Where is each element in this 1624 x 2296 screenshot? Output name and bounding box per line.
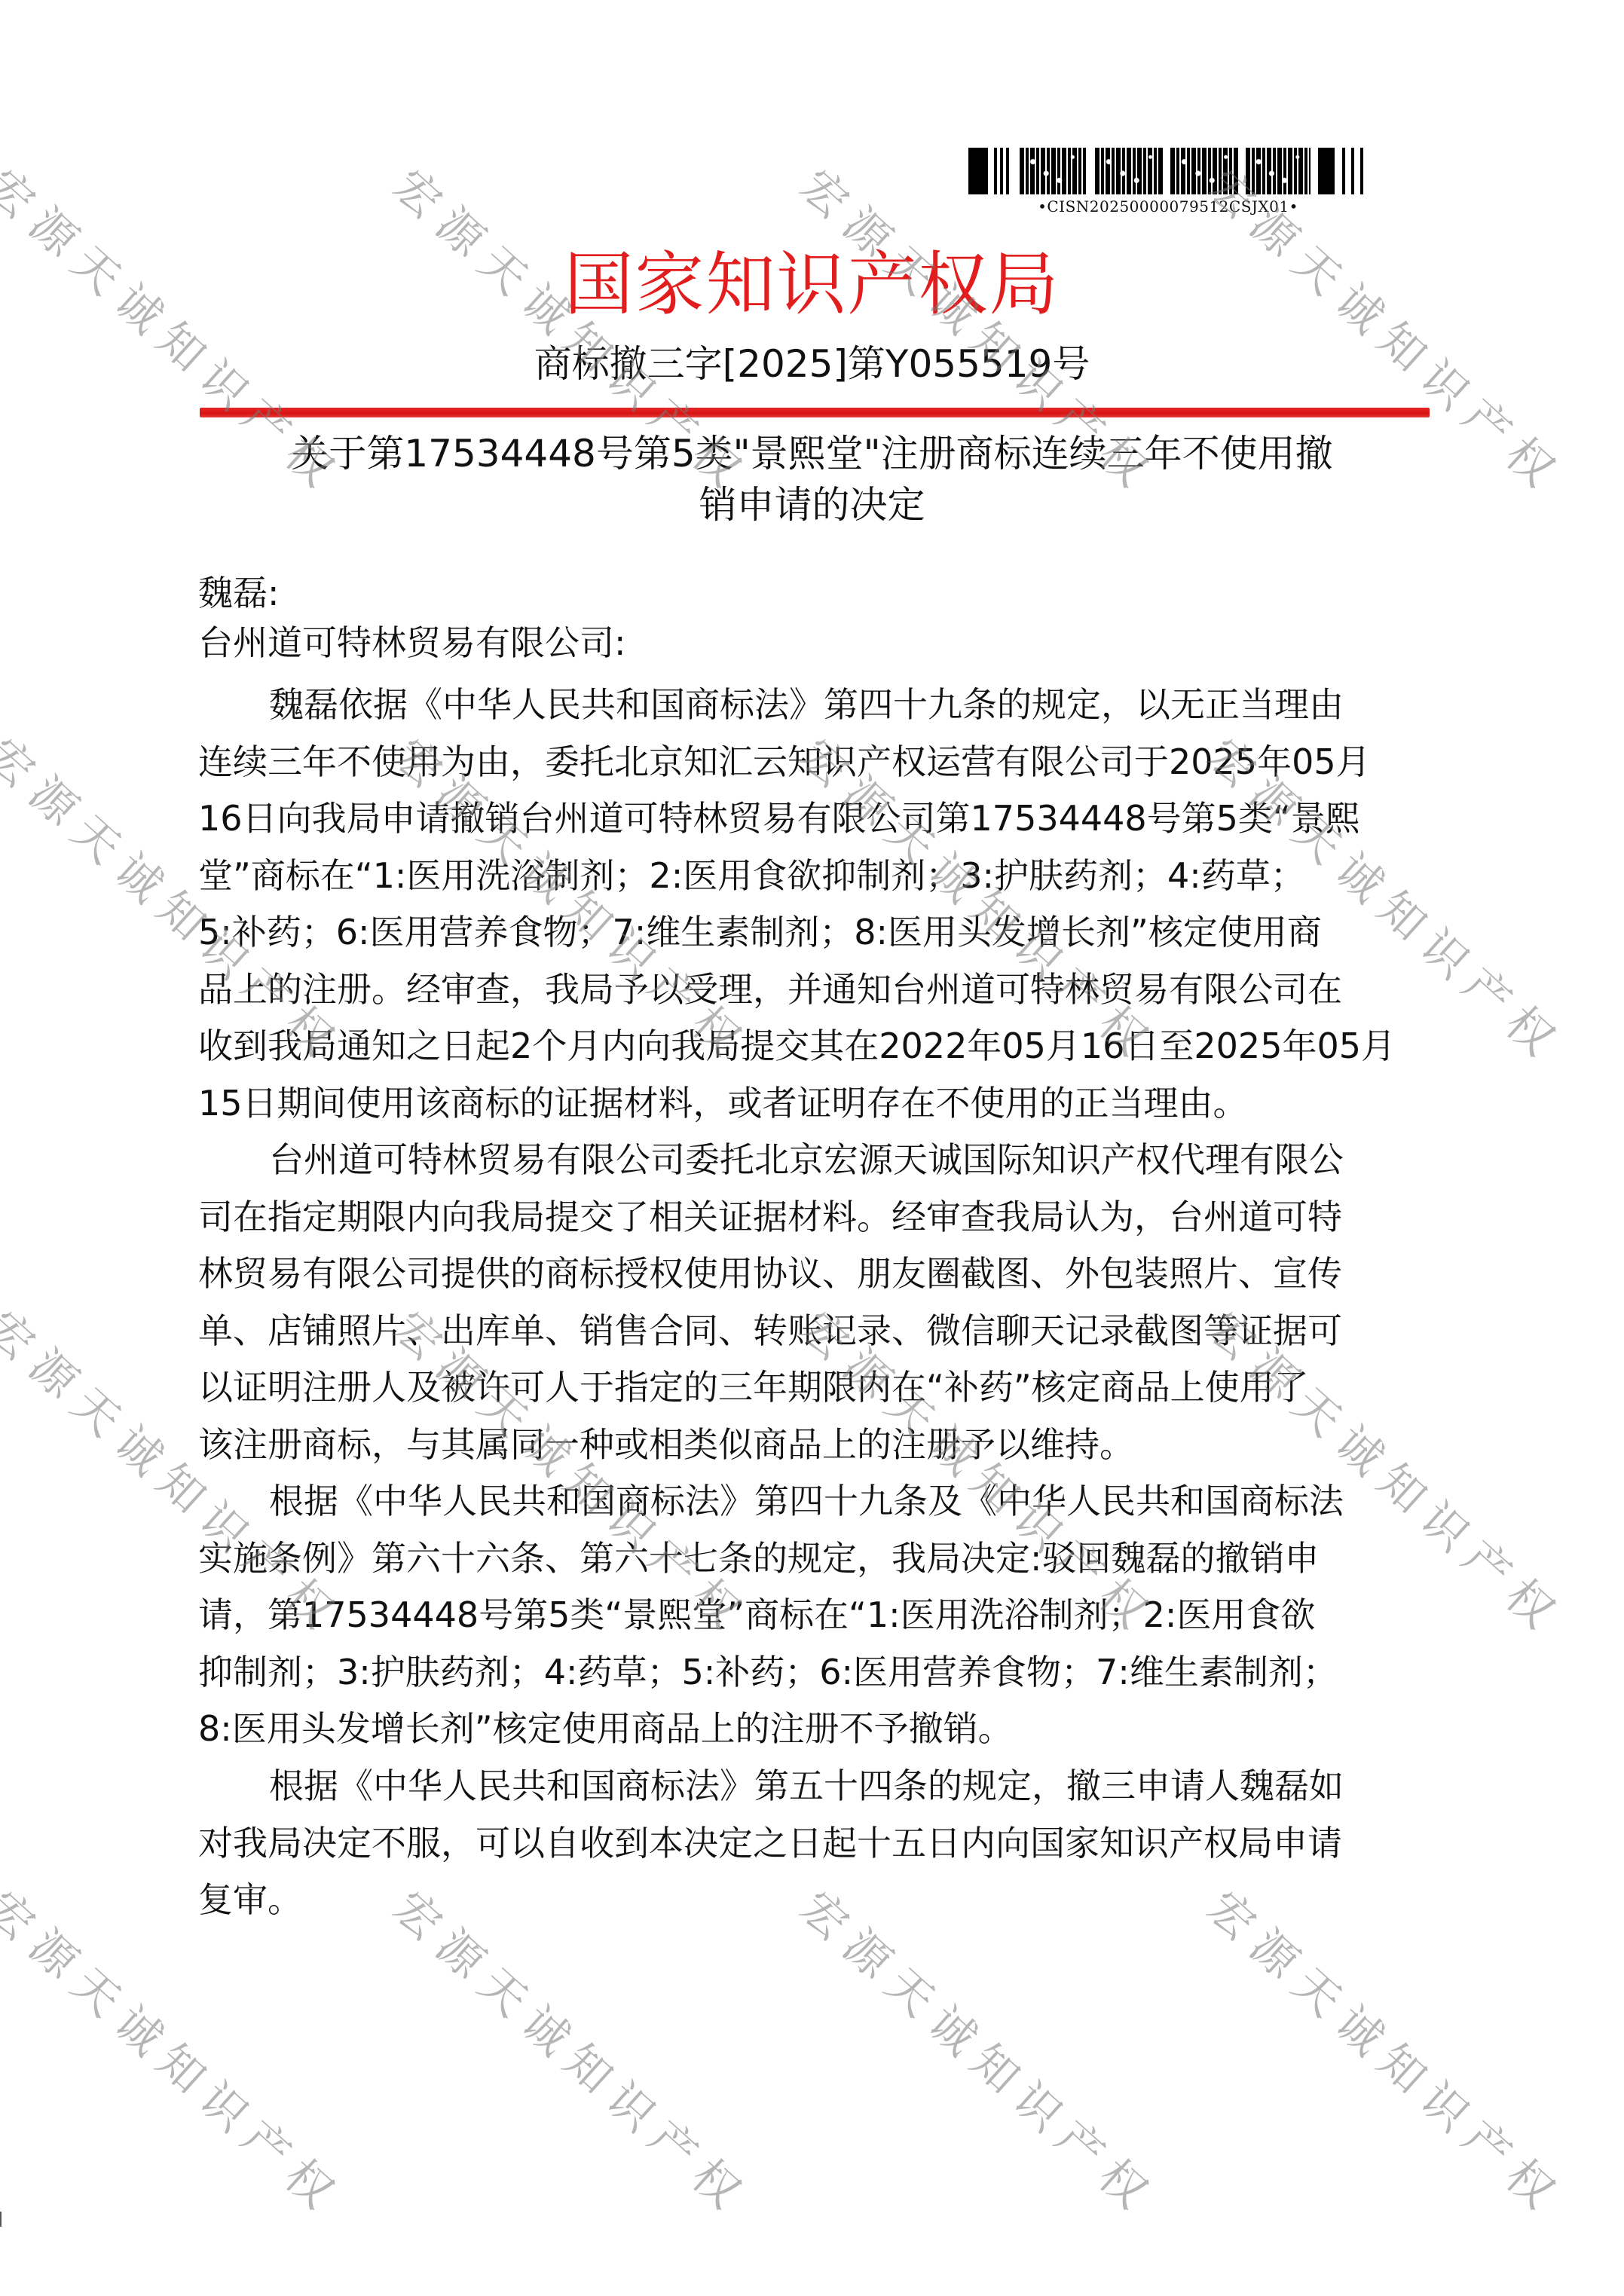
paragraph-line: 实施条例》第六十六条、第六十七条的规定，我局决定:驳回魏磊的撤销申 xyxy=(198,1530,1434,1588)
paragraph-line: 请，第17534448号第5类“景熙堂”商标在“1:医用洗浴制剂；2:医用食欲 xyxy=(198,1587,1434,1644)
paragraph-line: 复审。 xyxy=(198,1872,1434,1929)
watermark: 宏源天诚知识产权 xyxy=(1200,1884,1610,2261)
salutation-registrant: 台州道可特林贸易有限公司: xyxy=(198,620,626,665)
paragraph-line: 收到我局通知之日起2个月内向我局提交其在2022年05月16日至2025年05月 xyxy=(198,1018,1434,1075)
paragraph-line: 5:补药；6:医用营养食物；7:维生素制剂；8:医用头发增长剂”核定使用商 xyxy=(198,904,1434,962)
paragraph-line: 对我局决定不服，可以自收到本决定之日起十五日内向国家知识产权局申请 xyxy=(198,1815,1434,1873)
paragraph-line: 根据《中华人民共和国商标法》第五十四条的规定，撤三申请人魏磊如 xyxy=(198,1758,1434,1815)
paragraph-line: 堂”商标在“1:医用洗浴制剂；2:医用食欲抑制剂；3:护肤药剂；4:药草； xyxy=(198,848,1434,905)
document-title-line: 销申请的决定 xyxy=(226,479,1398,530)
paragraph-line: 该注册商标，与其属同一种或相类似商品上的注册予以维持。 xyxy=(198,1417,1434,1474)
paragraph-application: 魏磊依据《中华人民共和国商标法》第四十九条的规定，以无正当理由 连续三年不使用为… xyxy=(198,677,1434,1132)
paragraph-appeal: 根据《中华人民共和国商标法》第五十四条的规定，撤三申请人魏磊如 对我局决定不服，… xyxy=(198,1758,1434,1929)
paragraph-line: 司在指定期限内向我局提交了相关证据材料。经审查我局认为，台州道可特 xyxy=(198,1189,1434,1246)
paragraph-line: 台州道可特林贸易有限公司委托北京宏源天诚国际知识产权代理有限公 xyxy=(198,1132,1434,1189)
document-page: •CISN20250000079512CSJX01• 国家知识产权局 商标撤三字… xyxy=(0,0,1624,2296)
watermark: 宏源天诚知识产权 xyxy=(386,1884,797,2261)
paragraph-evidence: 台州道可特林贸易有限公司委托北京宏源天诚国际知识产权代理有限公 司在指定期限内向… xyxy=(198,1132,1434,1473)
agency-name: 国家知识产权局 xyxy=(0,240,1624,330)
watermark: 宏源天诚知识产权 xyxy=(0,1884,390,2261)
paragraph-line: 以证明注册人及被许可人于指定的三年期限内在“补药”核定商品上使用了 xyxy=(198,1359,1434,1417)
paragraph-line: 抑制剂；3:护肤药剂；4:药草；5:补药；6:医用营养食物；7:维生素制剂； xyxy=(198,1644,1434,1701)
document-title: 关于第17534448号第5类"景熙堂"注册商标连续三年不使用撤 销申请的决定 xyxy=(226,428,1398,530)
barcode-icon xyxy=(968,148,1368,194)
paragraph-decision: 根据《中华人民共和国商标法》第四十九条及《中华人民共和国商标法 实施条例》第六十… xyxy=(198,1473,1434,1758)
paragraph-line: 林贸易有限公司提供的商标授权使用协议、朋友圈截图、外包装照片、宣传 xyxy=(198,1246,1434,1303)
document-number: 商标撤三字[2025]第Y055519号 xyxy=(0,338,1624,390)
document-title-line: 关于第17534448号第5类"景熙堂"注册商标连续三年不使用撤 xyxy=(226,428,1398,479)
salutation-applicant: 魏磊: xyxy=(198,570,280,616)
paragraph-line: 根据《中华人民共和国商标法》第四十九条及《中华人民共和国商标法 xyxy=(198,1473,1434,1530)
paragraph-line: 品上的注册。经审查，我局予以受理，并通知台州道可特林贸易有限公司在 xyxy=(198,962,1434,1019)
paragraph-line: 连续三年不使用为由，委托北京知汇云知识产权运营有限公司于2025年05月 xyxy=(198,734,1434,791)
scan-edge-mark xyxy=(0,2212,2,2227)
barcode-number: •CISN20250000079512CSJX01• xyxy=(1010,197,1326,216)
watermark: 宏源天诚知识产权 xyxy=(793,1884,1203,2261)
paragraph-line: 8:医用头发增长剂”核定使用商品上的注册不予撤销。 xyxy=(198,1701,1434,1758)
paragraph-line: 15日期间使用该商标的证据材料，或者证明存在不使用的正当理由。 xyxy=(198,1075,1434,1133)
paragraph-line: 单、店铺照片、出库单、销售合同、转账记录、微信聊天记录截图等证据可 xyxy=(198,1303,1434,1360)
paragraph-line: 魏磊依据《中华人民共和国商标法》第四十九条的规定，以无正当理由 xyxy=(198,677,1434,734)
paragraph-line: 16日向我局申请撤销台州道可特林贸易有限公司第17534448号第5类“景熙 xyxy=(198,790,1434,848)
red-divider xyxy=(200,408,1430,417)
